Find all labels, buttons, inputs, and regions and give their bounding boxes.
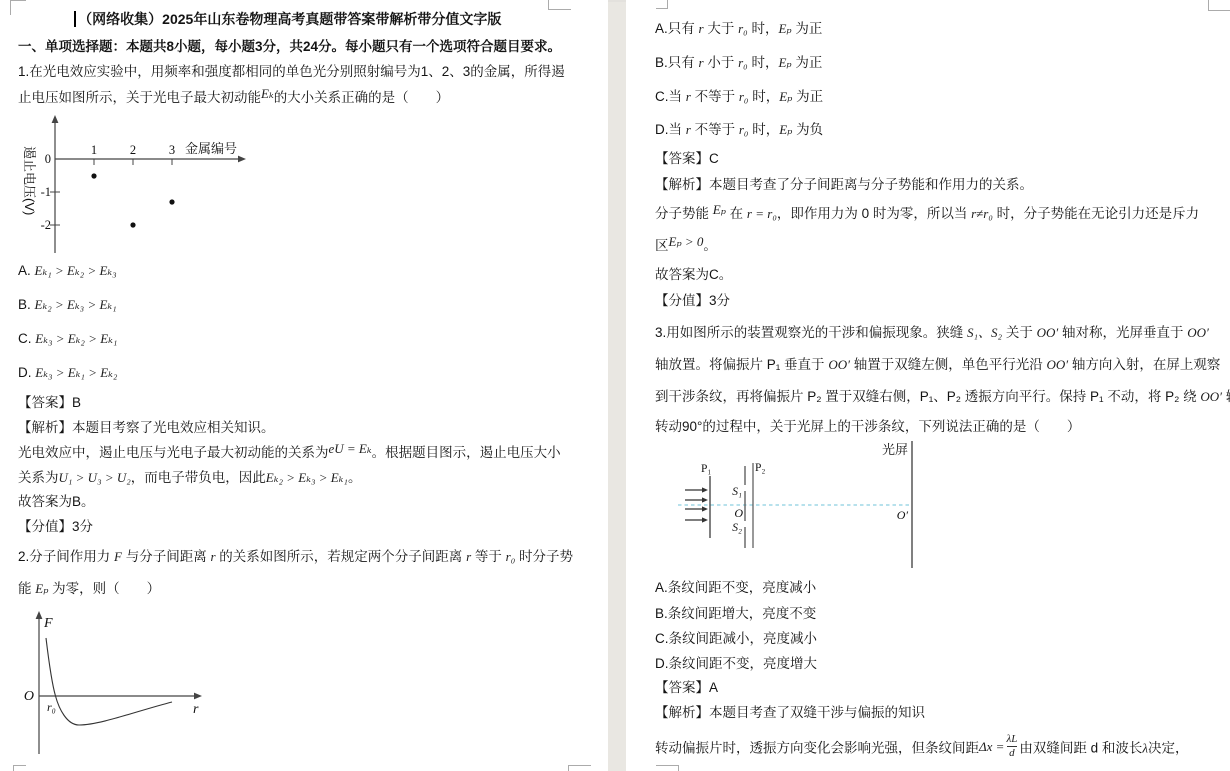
q1-analysis-line1: 【解析】本题目考察了光电效应相关知识。 — [18, 418, 275, 437]
fig3-s1-label: S₁ — [732, 486, 742, 498]
q3-option-c: C.条纹间距减小，亮度减小 — [655, 629, 817, 648]
q3-stem-line1: 3.用如图所示的装置观察光的干涉和偏振现象。狭缝 S₁、S₂ 关于 OO′ 轴对… — [655, 323, 1209, 342]
fig3-screen-label: 光屏 — [882, 442, 908, 457]
fig3-p2-label: P₂ — [755, 462, 765, 474]
fig1-ytick-m2: -2 — [41, 218, 51, 232]
fig2-yaxis-arrow — [36, 611, 43, 619]
figure-q3-double-slit-diagram: P₁ P₂ S₁ O S₂ 光屏 O′ — [660, 438, 930, 578]
fig2-r0-label: r₀ — [47, 700, 56, 714]
corner-mark-right-top-left — [656, 0, 668, 9]
q1-stem-line2: 止电压如图所示，关于光电子最大初动能Eₖ的大小关系正确的是（ ） — [18, 88, 449, 107]
fig3-o-label: O — [734, 506, 743, 520]
corner-mark-left-bottom-right — [568, 765, 591, 771]
q1-analysis-line2: 光电效应中，遏止电压与光电子最大初动能的关系为eU = Eₖ。根据题目图示，遏止… — [18, 443, 561, 462]
q2-answer: 【答案】C — [655, 149, 719, 168]
q2-option-b: B.只有 r 小于 r₀ 时，Eₚ 为正 — [655, 53, 822, 72]
fig3-p1-label: P₁ — [701, 463, 711, 475]
text-cursor-bar — [74, 11, 77, 27]
q1-score: 【分值】3分 — [18, 517, 93, 536]
fig1-xtick-3: 3 — [169, 143, 175, 157]
corner-mark-left-bottom-left — [13, 765, 26, 771]
q3-analysis-line2: 转动偏振片时，透振方向变化会影响光强，但条纹间距Δx = λLd由双缝间距 d … — [655, 736, 1188, 762]
page-1[interactable]: （网络收集）2025年山东卷物理高考真题带答案带解析带分值文字版 一、单项选择题… — [0, 0, 608, 771]
fig2-axes — [39, 618, 195, 754]
fig1-ticks — [50, 159, 172, 225]
q1-option-a: A. Eₖ₁ > Eₖ₂ > Eₖ₃ — [18, 261, 117, 280]
fig1-ytick-m1: -1 — [41, 185, 51, 199]
fig1-ytick-0: 0 — [45, 152, 51, 166]
q2-option-c: C.当 r 不等于 r₀ 时，Eₚ 为正 — [655, 87, 823, 106]
fig1-xtick-2: 2 — [130, 143, 136, 157]
q3-answer: 【答案】A — [655, 678, 718, 697]
fig2-xaxis-arrow — [194, 693, 202, 700]
q1-stem-line1: 1.在光电效应实验中，用频率和强度都相同的单色光分别照射编号为1、2、3的金属，… — [18, 62, 565, 81]
q1-option-d: D. Eₖ₃ > Eₖ₁ > Eₖ₂ — [18, 363, 117, 382]
fig1-xaxis-label: 金属编号 — [185, 141, 237, 156]
fig3-oprime-label: O′ — [897, 508, 909, 522]
section-header: 一、单项选择题：本题共8小题，每小题3分，共24分。每小题只有一个选项符合题目要… — [18, 37, 561, 56]
q2-stem-line2: 能 Eₚ 为零，则（ ） — [18, 579, 160, 598]
figure-q1-stopping-voltage-chart: 1 2 3 0 -1 -2 金属编号 遏止电压(V) — [15, 112, 255, 260]
doc-title-text: （网络收集）2025年山东卷物理高考真题带答案带解析带分值文字版 — [78, 11, 501, 27]
q2-score: 【分值】3分 — [655, 291, 730, 310]
q3-analysis-line1: 【解析】本题目考查了双缝干涉与偏振的知识 — [655, 703, 925, 722]
q3-stem-line4: 转动90°的过程中，关于光屏上的干涉条纹，下列说法正确的是（ ） — [655, 417, 1080, 436]
q1-conclusion: 故答案为B。 — [18, 492, 95, 511]
document-viewer: （网络收集）2025年山东卷物理高考真题带答案带解析带分值文字版 一、单项选择题… — [0, 0, 1230, 771]
corner-mark-left-top-right — [548, 0, 571, 10]
page-gap — [608, 0, 626, 771]
q1-option-b: B. Eₖ₂ > Eₖ₃ > Eₖ₁ — [18, 295, 117, 314]
q3-option-b: B.条纹间距增大，亮度不变 — [655, 604, 816, 623]
q2-stem-line1: 2.分子间作用力 F 与分子间距离 r 的关系如图所示，若规定两个分子间距离 r… — [18, 547, 573, 566]
q2-analysis-line3: 区Eₚ > 0。 — [655, 236, 717, 255]
corner-mark-left-top-left — [10, 0, 26, 15]
q1-answer: 【答案】B — [18, 393, 81, 412]
fig2-origin-label: O — [24, 689, 34, 704]
q3-option-d: D.条纹间距不变，亮度增大 — [655, 654, 817, 673]
fig3-s2-label: S₂ — [732, 522, 742, 534]
corner-mark-right-bottom-left — [656, 765, 679, 771]
q2-analysis-line2: 分子势能 Eₚ 在 r = r₀，即作用力为 0 时为零，所以当 r≠r₀ 时，… — [655, 204, 1199, 223]
fig1-yaxis-label: 遏止电压(V) — [22, 146, 37, 215]
doc-title: （网络收集）2025年山东卷物理高考真题带答案带解析带分值文字版 — [0, 10, 575, 29]
q3-option-a: A.条纹间距不变，亮度减小 — [655, 578, 816, 597]
q2-conclusion: 故答案为C。 — [655, 265, 732, 284]
figure-q2-force-distance-chart: F O r₀ r — [10, 608, 240, 771]
fig2-force-curve — [46, 638, 172, 725]
q3-stem-line3: 到干涉条纹，再将偏振片 P₂ 置于双缝右侧，P₁、P₂ 透振方向平行。保持 P₁… — [655, 387, 1230, 406]
q2-option-a: A.只有 r 大于 r₀ 时，Eₚ 为正 — [655, 19, 822, 38]
q2-option-d: D.当 r 不等于 r₀ 时，Eₚ 为负 — [655, 120, 823, 139]
page-2[interactable]: A.只有 r 大于 r₀ 时，Eₚ 为正 B.只有 r 小于 r₀ 时，Eₚ 为… — [626, 0, 1230, 771]
fig2-xlabel: r — [193, 702, 199, 717]
q2-analysis-line1: 【解析】本题目考查了分子间距离与分子势能和作用力的关系。 — [655, 175, 1033, 194]
q1-option-c: C. Eₖ₃ > Eₖ₂ > Eₖ₁ — [18, 329, 117, 348]
fig2-ylabel: F — [43, 616, 53, 631]
fig1-yaxis-arrow — [52, 115, 59, 123]
fig1-data-points — [91, 173, 174, 227]
corner-mark-right-top-right — [1208, 0, 1230, 11]
fig1-xtick-1: 1 — [91, 143, 97, 157]
fig1-xaxis-arrow — [238, 156, 246, 163]
q3-stem-line2: 轴放置。将偏振片 P₁ 垂直于 OO′ 轴置于双缝左侧，单色平行光沿 OO′ 轴… — [655, 355, 1220, 374]
q1-analysis-line3: 关系为U₁ > U₃ > U₂，而电子带负电，因此Eₖ₂ > Eₖ₃ > Eₖ₁… — [18, 468, 361, 487]
